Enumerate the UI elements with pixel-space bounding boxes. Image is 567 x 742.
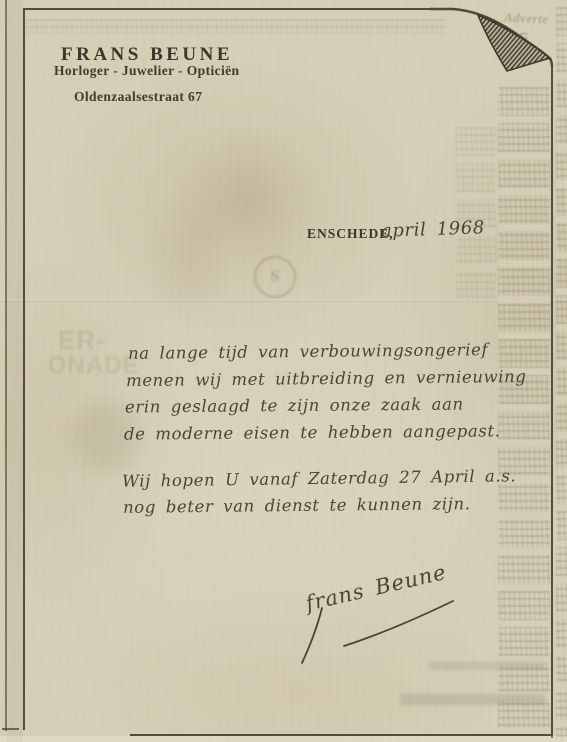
horizontal-crease — [0, 299, 567, 302]
left-margin-tint — [7, 0, 23, 742]
page-curl — [430, 0, 567, 120]
ghost-text-left-line1: ER- — [58, 325, 128, 356]
ghost-headline-bar — [400, 694, 545, 705]
signature-flourish — [292, 578, 477, 678]
ghost-newsprint-inner-strip — [456, 120, 496, 300]
page-outer-edge-line — [5, 0, 7, 731]
ghost-newsprint-top-band — [26, 12, 446, 34]
body-line: nog beter van dienst te kunnen zijn. — [123, 494, 471, 517]
dateline-handwritten-date: april 1968 — [381, 217, 486, 242]
border-right-line — [551, 63, 553, 738]
border-left-line — [23, 8, 25, 730]
ghost-newsprint-right-column — [498, 80, 550, 730]
scanned-letter-page: S ER- ONADE Adverte NIE FRANS BEUNE Horl… — [0, 0, 567, 742]
ghost-photo-showthrough — [120, 100, 350, 320]
body-line: erin geslaagd te zijn onze zaak aan — [125, 395, 464, 417]
letterhead-professions: Horloger - Juwelier - Opticiën — [54, 63, 239, 79]
body-line: Wij hopen U vanaf Zaterdag 27 April a.s. — [122, 466, 516, 491]
ghost-seal-circle: S — [254, 256, 296, 298]
body-line: na lange tijd van verbouwingsongerief — [128, 340, 488, 363]
bottom-margin-strip — [0, 736, 567, 742]
letterhead-address: Oldenzaalsestraat 67 — [74, 89, 202, 105]
body-line: de moderne eisen te hebben aangepast. — [124, 421, 501, 443]
body-line: menen wij met uitbreiding en vernieuwing — [126, 367, 527, 390]
border-top-line — [24, 8, 452, 10]
